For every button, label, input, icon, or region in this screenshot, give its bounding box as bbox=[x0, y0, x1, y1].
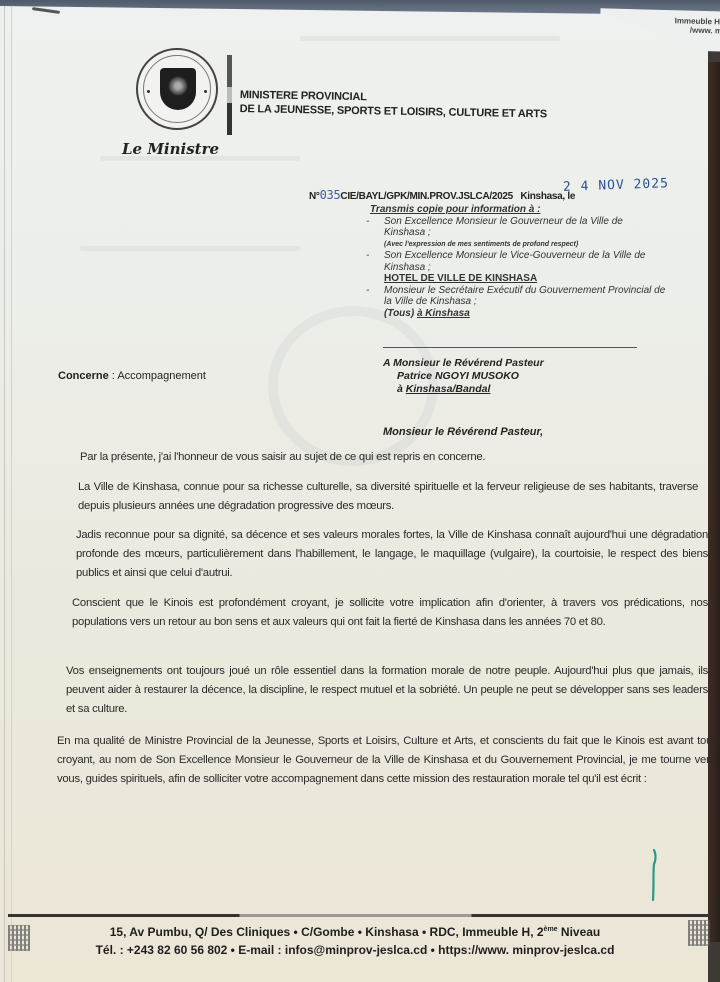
body-paragraph: Conscient que le Kinois est profondément… bbox=[72, 594, 708, 632]
footer-divider bbox=[8, 914, 710, 917]
shield-icon bbox=[160, 68, 196, 110]
signature-title: Le Ministre bbox=[122, 140, 219, 158]
coat-of-arms-seal-icon bbox=[136, 48, 218, 130]
copy-item: - Son Excellence Monsieur le Vice-Gouver… bbox=[366, 250, 666, 273]
body-paragraph: Jadis reconnue pour sa dignité, sa décen… bbox=[76, 526, 708, 583]
recipient-address: A Monsieur le Révérend Pasteur Patrice N… bbox=[383, 357, 544, 396]
footer-contact: 15, Av Pumbu, Q/ Des Cliniques • C/Gombe… bbox=[45, 921, 665, 959]
copy-note: (Avec l'expression de mes sentiments de … bbox=[366, 239, 666, 251]
bleed-through-text bbox=[300, 36, 560, 41]
qr-code-icon bbox=[688, 920, 710, 946]
copy-item: - Monsieur le Secrétaire Exécutif du Gou… bbox=[366, 285, 666, 308]
body-paragraph: En ma qualité de Ministre Provincial de … bbox=[57, 732, 715, 789]
header-divider bbox=[227, 55, 232, 135]
body-paragraph: Par la présente, j'ai l'honneur de vous … bbox=[80, 448, 680, 467]
footer-contact-line: Tél. : +243 82 60 56 802 • E-mail : info… bbox=[45, 941, 665, 959]
subject-line: Concerne : Accompagnement bbox=[58, 370, 206, 382]
body-paragraph: Vos enseignements ont toujours joué un r… bbox=[66, 662, 708, 719]
copy-distribution: Transmis copie pour information à : - So… bbox=[366, 204, 666, 319]
ministry-heading: MINISTERE PROVINCIAL DE LA JEUNESSE, SPO… bbox=[240, 88, 548, 121]
ink-signature-mark bbox=[651, 848, 657, 902]
qr-code-icon bbox=[8, 925, 30, 951]
divider bbox=[383, 347, 637, 348]
bleed-through-text bbox=[80, 246, 300, 251]
copy-item: - Son Excellence Monsieur le Gouverneur … bbox=[366, 216, 666, 239]
page-edge bbox=[4, 6, 12, 982]
body-paragraph: La Ville de Kinshasa, connue pour sa ric… bbox=[78, 478, 698, 516]
handwritten-number: 035 bbox=[320, 188, 341, 202]
salutation: Monsieur le Révérend Pasteur, bbox=[383, 426, 543, 438]
underlying-sheet-text: Immeuble H, /www. m bbox=[674, 16, 720, 35]
copy-organization: HOTEL DE VILLE DE KINSHASA bbox=[366, 273, 666, 285]
copy-title: Transmis copie pour information à : bbox=[370, 204, 666, 216]
footer-address: 15, Av Pumbu, Q/ Des Cliniques • C/Gombe… bbox=[45, 921, 665, 941]
reference-number: N°035CIE/BAYL/GPK/MIN.PROV.JSLCA/2025 Ki… bbox=[309, 188, 575, 202]
pencil-mark bbox=[32, 7, 60, 14]
copy-all-location: (Tous) à Kinshasa bbox=[366, 308, 666, 320]
